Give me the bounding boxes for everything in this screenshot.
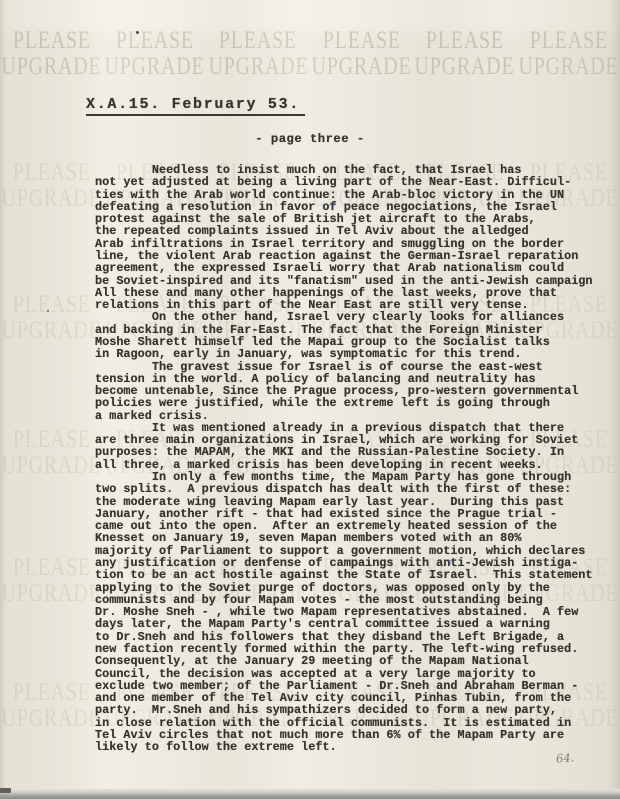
paragraph-far-east: On the other hand, Israel very clearly l…	[95, 311, 615, 360]
blue-ink-speck	[332, 202, 335, 206]
scanned-document-page: PLEASEUPGRADEPLEASEUPGRADEPLEASEUPGRADEP…	[0, 0, 620, 799]
ink-speck	[103, 744, 105, 746]
paragraph-near-east: Needless to insist much on the fact, tha…	[95, 164, 615, 311]
scan-bottom-edge	[0, 789, 620, 799]
scan-right-edge	[610, 0, 620, 799]
scan-left-edge	[0, 0, 6, 799]
page-label-row: - page three -	[0, 129, 620, 147]
scan-corner-mark	[0, 788, 11, 793]
paragraph-mapam-splits: In only a few months time, the Mapam Par…	[95, 471, 615, 753]
handwritten-page-number: 64.	[556, 750, 575, 765]
ink-speck	[47, 310, 49, 312]
document-reference-heading: X.A.15. February 53.	[86, 96, 305, 116]
document-body: Needless to insist much on the fact, tha…	[95, 164, 615, 754]
page-label: - page three -	[255, 132, 364, 146]
blue-ink-speck	[448, 560, 451, 565]
ink-speck	[136, 31, 139, 34]
document-content: X.A.15. February 53. - page three - Need…	[0, 0, 620, 799]
paragraph-east-west: The gravest issue for Israel is of cours…	[95, 361, 615, 422]
paragraph-organizations: It was mentioned already in a previous d…	[95, 422, 615, 471]
